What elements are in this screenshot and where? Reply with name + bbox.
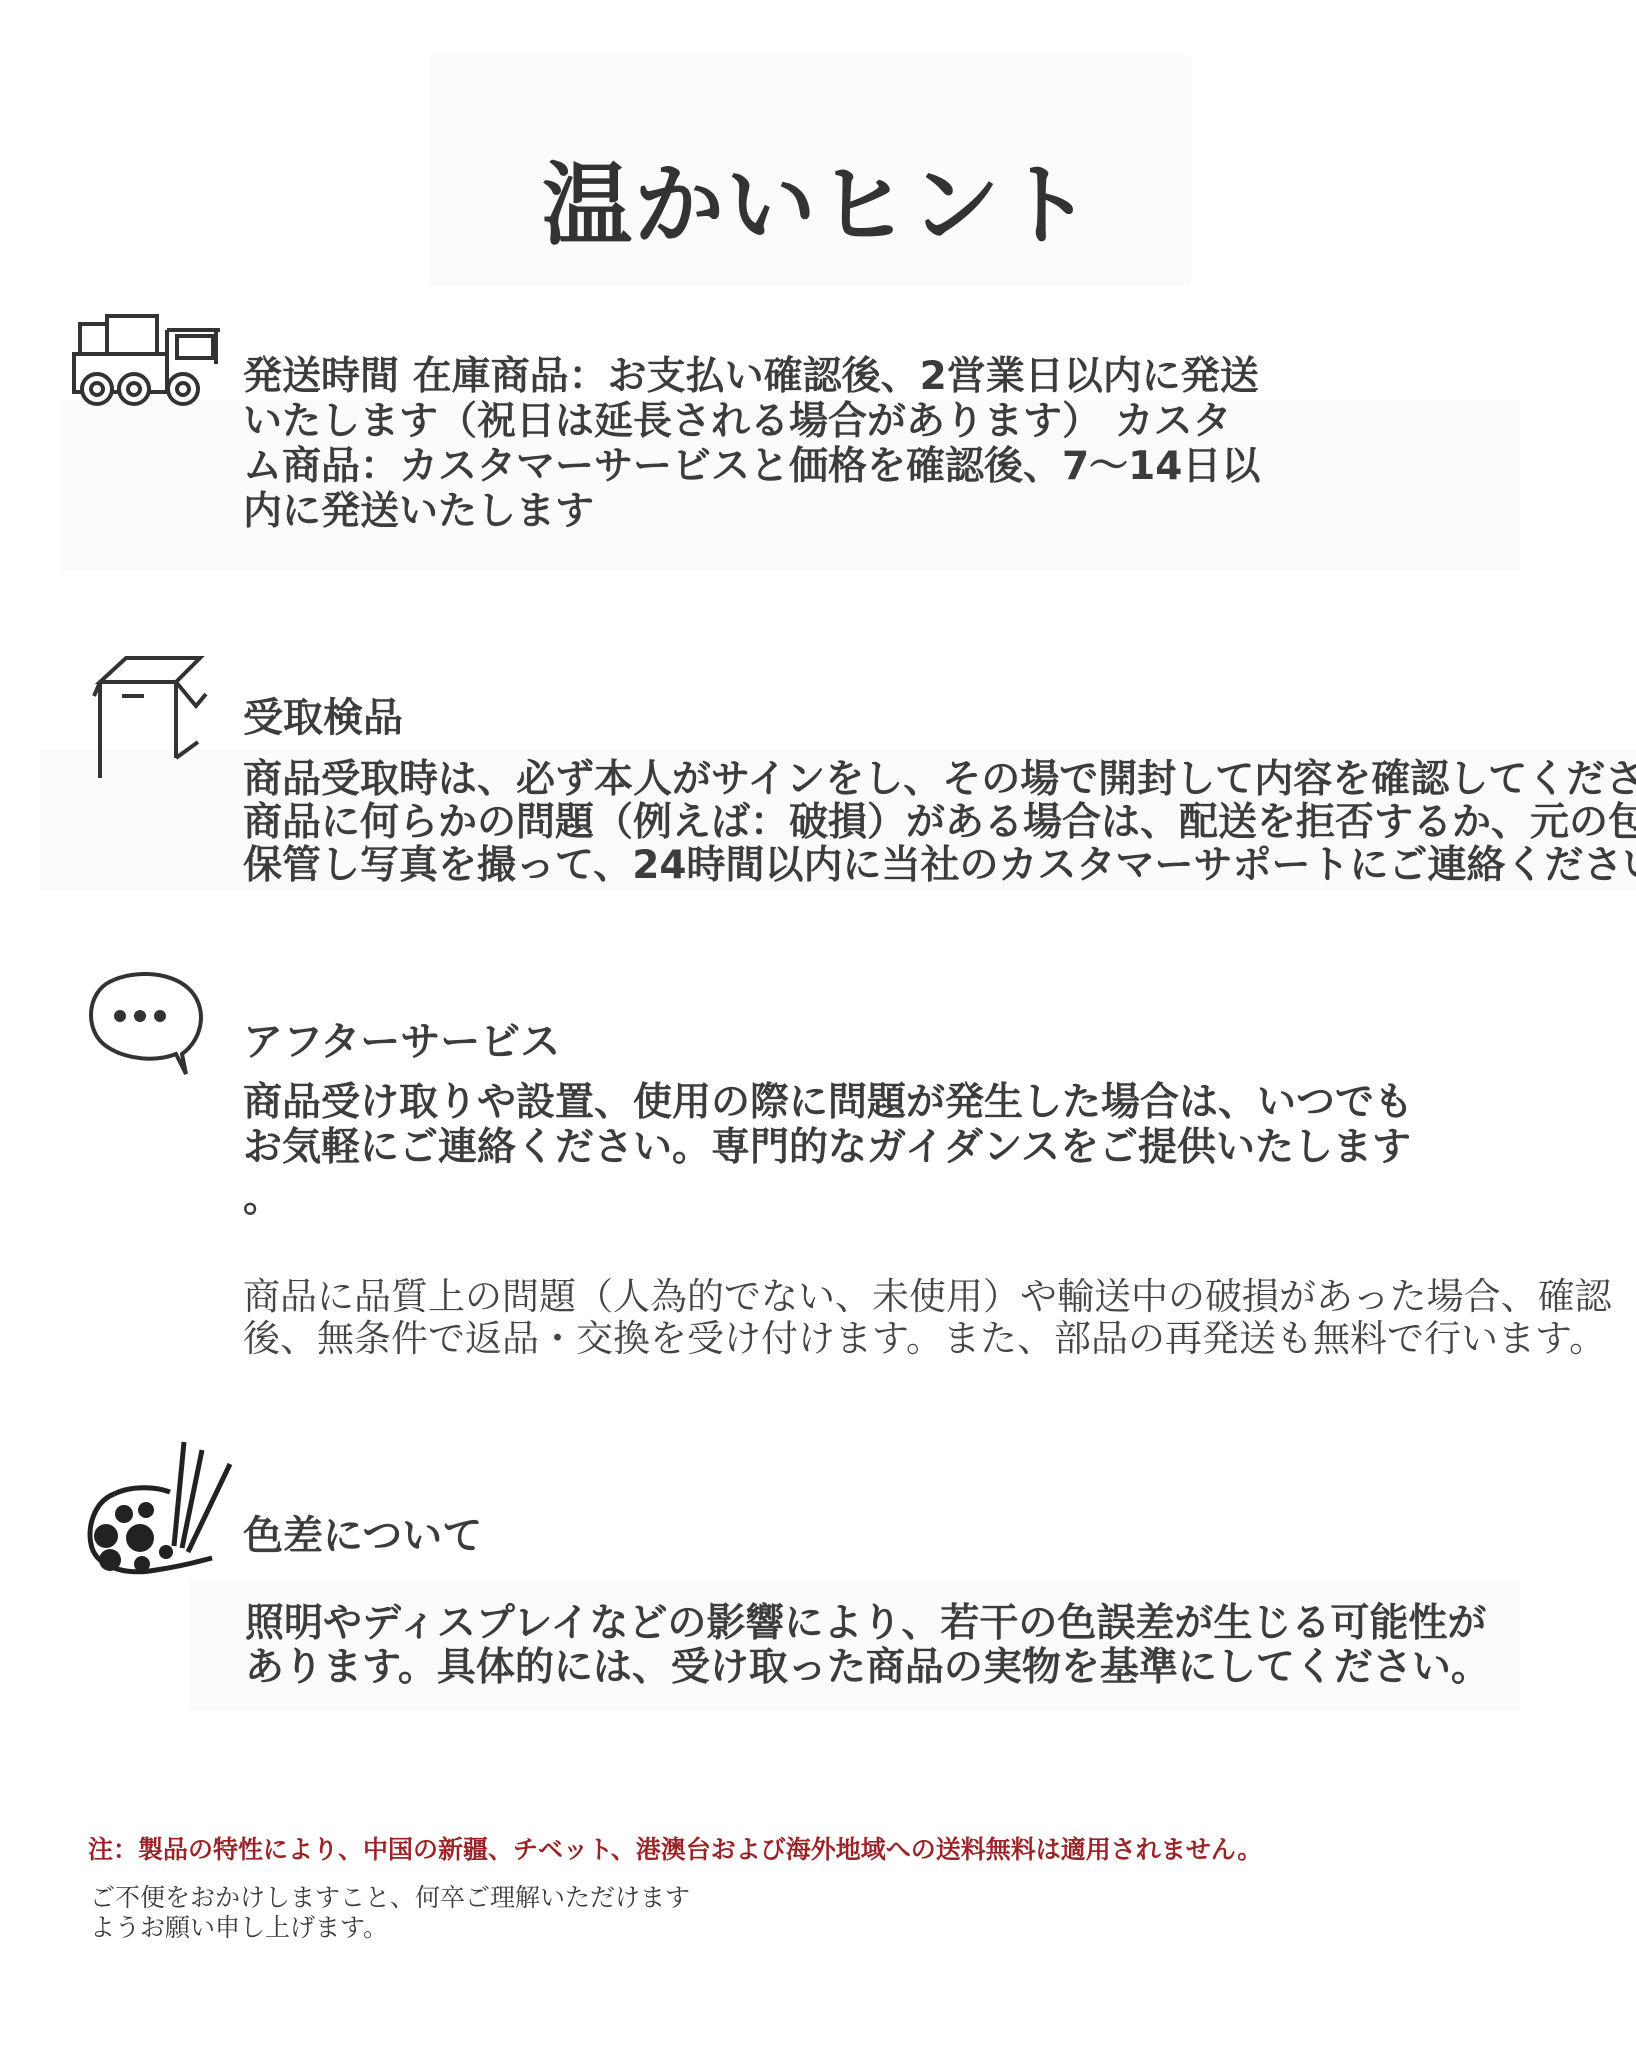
body-line: ようお願い申し上げます。	[90, 1913, 690, 1943]
shipping-time-text: 発送時間 在庫商品：お支払い確認後、2営業日以内に発送 いたします（祝日は延長さ…	[243, 354, 1260, 534]
body-line: 内に発送いたします	[243, 489, 1260, 534]
section-heading-color-difference: 色差について	[243, 1504, 482, 1561]
color-difference-text: 照明やディスプレイなどの影響により、若干の色誤差が生じる可能性が あります。具体…	[245, 1602, 1490, 1690]
return-policy-text: 商品に品質上の問題（人為的でない、未使用）や輸送中の破損があった場合、確認 後、…	[243, 1276, 1612, 1360]
body-line: ム商品：カスタマーサービスと価格を確認後、7〜14日以	[243, 444, 1260, 489]
section-heading-after-sales: アフターサービス	[243, 1010, 560, 1067]
body-line: ご不便をおかけしますこと、何卒ご理解いただけます	[90, 1883, 690, 1913]
body-line: 商品受け取りや設置、使用の際に問題が発生した場合は、いつでも	[243, 1080, 1413, 1125]
body-line: 後、無条件で返品・交換を受け付けます。また、部品の再発送も無料で行います。	[243, 1318, 1612, 1360]
body-line: 商品に品質上の問題（人為的でない、未使用）や輸送中の破損があった場合、確認	[243, 1276, 1612, 1318]
page-title: 温かいヒント	[0, 132, 1636, 262]
body-line: 発送時間 在庫商品：お支払い確認後、2営業日以内に発送	[243, 354, 1260, 399]
body-line: あります。具体的には、受け取った商品の実物を基準にしてください。	[245, 1646, 1490, 1690]
paint-palette-icon	[84, 1436, 239, 1578]
section-heading-inspection: 受取検品	[243, 686, 403, 743]
body-line: 商品に何らかの問題（例えば：破損）がある場合は、配送を拒否するか、元の包装を	[243, 801, 1636, 844]
shipping-exclusion-note: 注：製品の特性により、中国の新疆、チベット、港澳台および海外地域への送料無料は適…	[88, 1830, 1262, 1866]
open-box-icon	[86, 654, 216, 784]
body-line: 照明やディスプレイなどの影響により、若干の色誤差が生じる可能性が	[245, 1602, 1490, 1646]
after-sales-text: 商品受け取りや設置、使用の際に問題が発生した場合は、いつでも お気軽にご連絡くだ…	[243, 1080, 1413, 1221]
body-line: いたします（祝日は延長される場合があります） カスタ	[243, 399, 1260, 444]
body-line: 。	[243, 1176, 1413, 1221]
body-line: 保管し写真を撮って、24時間以内に当社のカスタマーサポートにご連絡ください。	[243, 844, 1636, 887]
body-line: 商品受取時は、必ず本人がサインをし、その場で開封して内容を確認してください。	[243, 758, 1636, 801]
truck-icon	[70, 312, 222, 408]
body-line: お気軽にご連絡ください。専門的なガイダンスをご提供いたします	[243, 1125, 1413, 1170]
inspection-text: 商品受取時は、必ず本人がサインをし、その場で開封して内容を確認してください。 商…	[243, 758, 1636, 887]
apology-note: ご不便をおかけしますこと、何卒ご理解いただけます ようお願い申し上げます。	[90, 1883, 690, 1943]
chat-bubble-icon	[84, 970, 214, 1082]
